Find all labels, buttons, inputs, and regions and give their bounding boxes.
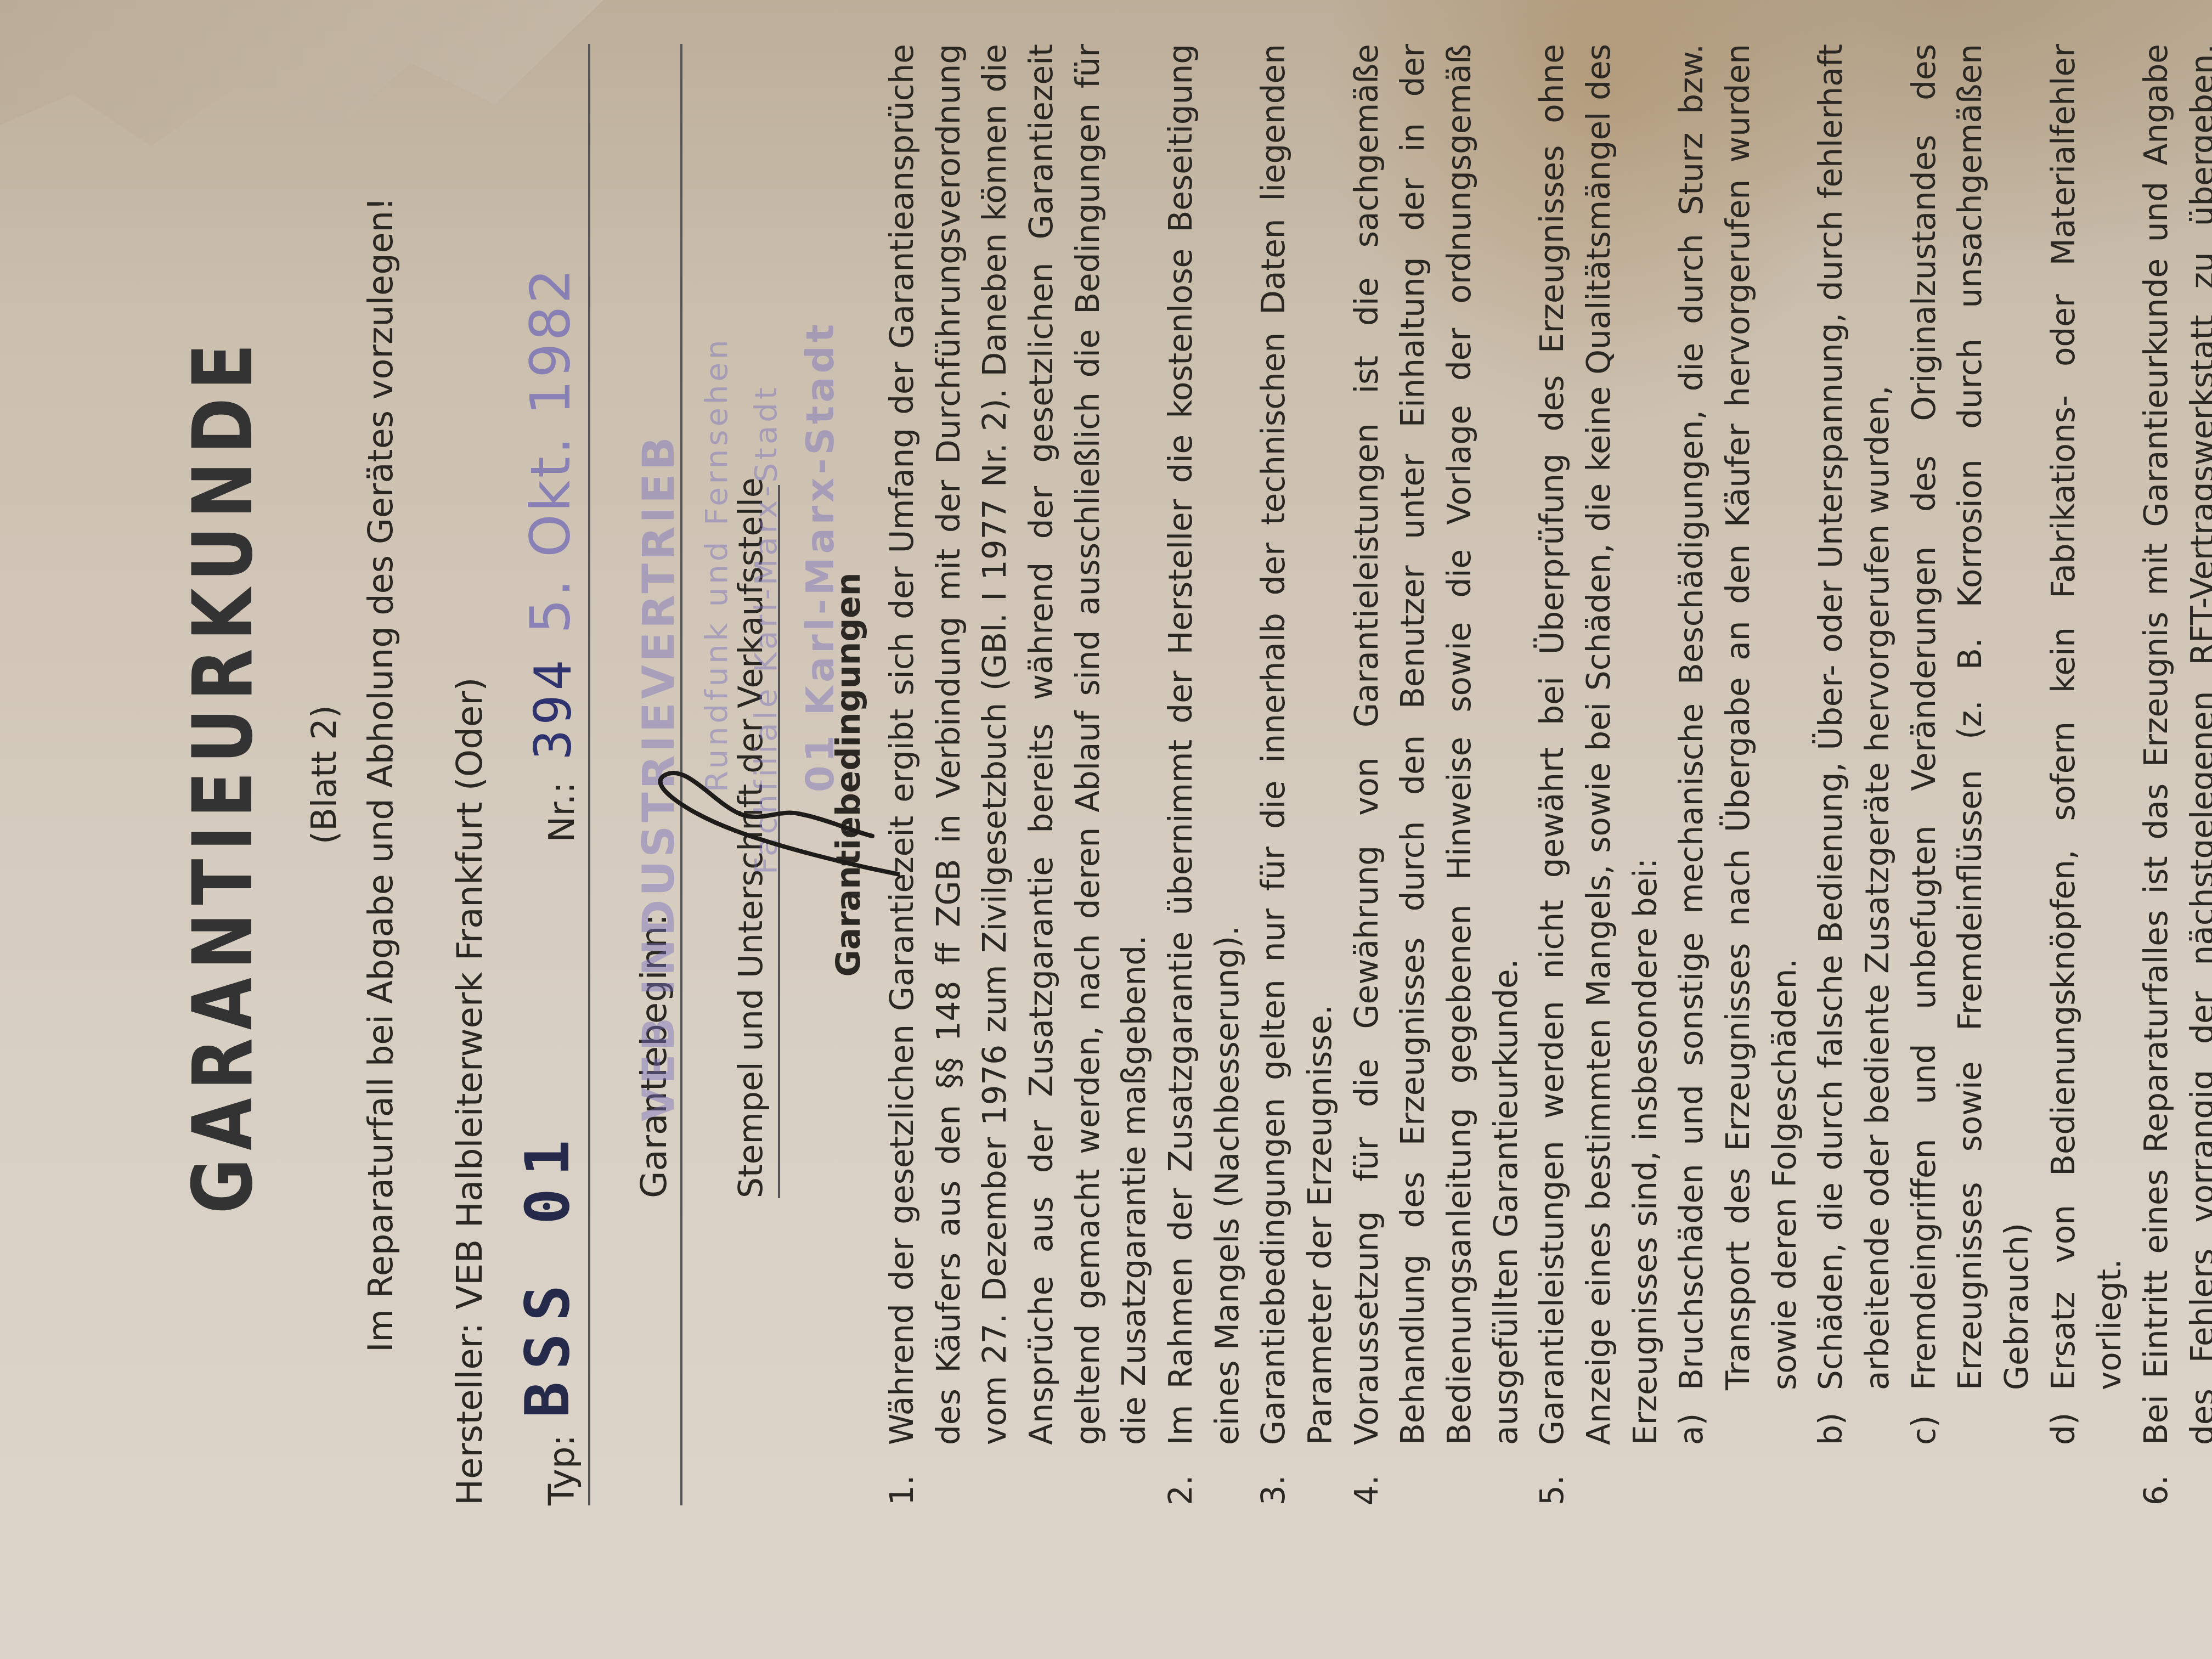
condition-item: 1.Während der gesetzlichen Garantiezeit … (879, 44, 1158, 1505)
condition-item: 4.Voraussetzung für die Gewährung von Ga… (1344, 44, 1530, 1505)
number-value: 394 (524, 656, 583, 760)
condition-item-text: Voraussetzung für die Gewährung von Gara… (1344, 44, 1530, 1445)
handwritten-signature (614, 754, 900, 896)
conditions-list: 1.Während der gesetzlichen Garantiezeit … (879, 44, 1668, 1505)
exclusion-item-text: Fremdeingriffen und unbefugten Veränderu… (1901, 44, 2040, 1390)
condition-item-text: Garantiebedingungen gelten nur für die i… (1250, 44, 1343, 1445)
stamp-line-2: Rundfunk und Fernsehen (699, 337, 735, 792)
condition-item-number: 4. (1344, 1445, 1530, 1505)
manufacturer-value: VEB Halbleiterwerk Frankfurt (Oder) (450, 678, 490, 1310)
type-label: Typ: (542, 1435, 583, 1505)
exclusions-list: a)Bruchschäden und sonstige mechanische … (1668, 44, 2133, 1505)
exclusion-item-text: Ersatz von Bedienungsknöpfen, sofern kei… (2040, 44, 2133, 1390)
warranty-document: GARANTIEURKUNDE (Blatt 2) Im Reparaturfa… (0, 0, 2212, 1659)
sheet-number: (Blatt 2) (304, 44, 344, 1505)
condition-item: 3.Garantiebedingungen gelten nur für die… (1250, 44, 1343, 1505)
condition-item-number: 1. (879, 1445, 1158, 1505)
manufacturer-row: Hersteller: VEB Halbleiterwerk Frankfurt… (450, 44, 490, 1505)
type-number-row: Typ: BSS 01 Nr.: 394 5. Okt. 1982 (512, 44, 590, 1505)
condition-item: 5.Garantieleistungen werden nicht gewähr… (1529, 44, 1668, 1505)
exclusion-item-text: Bruchschäden und sonstige mechanische Be… (1668, 44, 1808, 1390)
condition-item-text: Während der gesetzlichen Garantiezeit er… (879, 44, 1158, 1445)
document-body: GARANTIEURKUNDE (Blatt 2) Im Reparaturfa… (176, 44, 2212, 1505)
condition-item: 6.Bei Eintritt eines Reparaturfalles ist… (2133, 44, 2212, 1505)
exclusion-item-number: c) (1901, 1390, 2040, 1445)
number-label: Nr.: (542, 782, 583, 842)
exclusion-item-number: d) (2040, 1390, 2133, 1445)
date-stamp: 5. Okt. 1982 (518, 267, 583, 634)
exclusion-item: d)Ersatz von Bedienungsknöpfen, sofern k… (2040, 44, 2133, 1505)
condition-item-number: 3. (1250, 1445, 1343, 1505)
exclusion-item-number: a) (1668, 1390, 1808, 1445)
condition-item-text: Bei Eintritt eines Reparaturfalles ist d… (2133, 44, 2212, 1445)
condition-item-number: 2. (1158, 1445, 1250, 1505)
condition-item-number: 5. (1529, 1445, 1668, 1505)
condition-item-text: Im Rahmen der Zusatzgarantie übernimmt d… (1158, 44, 1250, 1445)
manufacturer-label: Hersteller: (450, 1323, 490, 1505)
condition-item-number: 6. (2133, 1445, 2212, 1505)
stamp-line-4: 01 Karl-Marx-Stadt (798, 321, 843, 792)
type-value: BSS 01 (512, 1127, 583, 1418)
document-title: GARANTIEURKUNDE (176, 176, 271, 1374)
final-condition: 6.Bei Eintritt eines Reparaturfalles ist… (2133, 44, 2212, 1505)
repair-notice: Im Reparaturfall bei Abgabe und Abholung… (360, 44, 400, 1505)
exclusion-item: a)Bruchschäden und sonstige mechanische … (1668, 44, 1808, 1505)
condition-item-text: Garantieleistungen werden nicht gewährt … (1529, 44, 1668, 1445)
exclusion-item-number: b) (1808, 1390, 1900, 1445)
exclusion-item-text: Schäden, die durch falsche Bedienung, Üb… (1808, 44, 1900, 1390)
condition-item: 2.Im Rahmen der Zusatzgarantie übernimmt… (1158, 44, 1250, 1505)
exclusion-item: b)Schäden, die durch falsche Bedienung, … (1808, 44, 1900, 1505)
exclusion-item: c)Fremdeingriffen und unbefugten Verände… (1901, 44, 2040, 1505)
